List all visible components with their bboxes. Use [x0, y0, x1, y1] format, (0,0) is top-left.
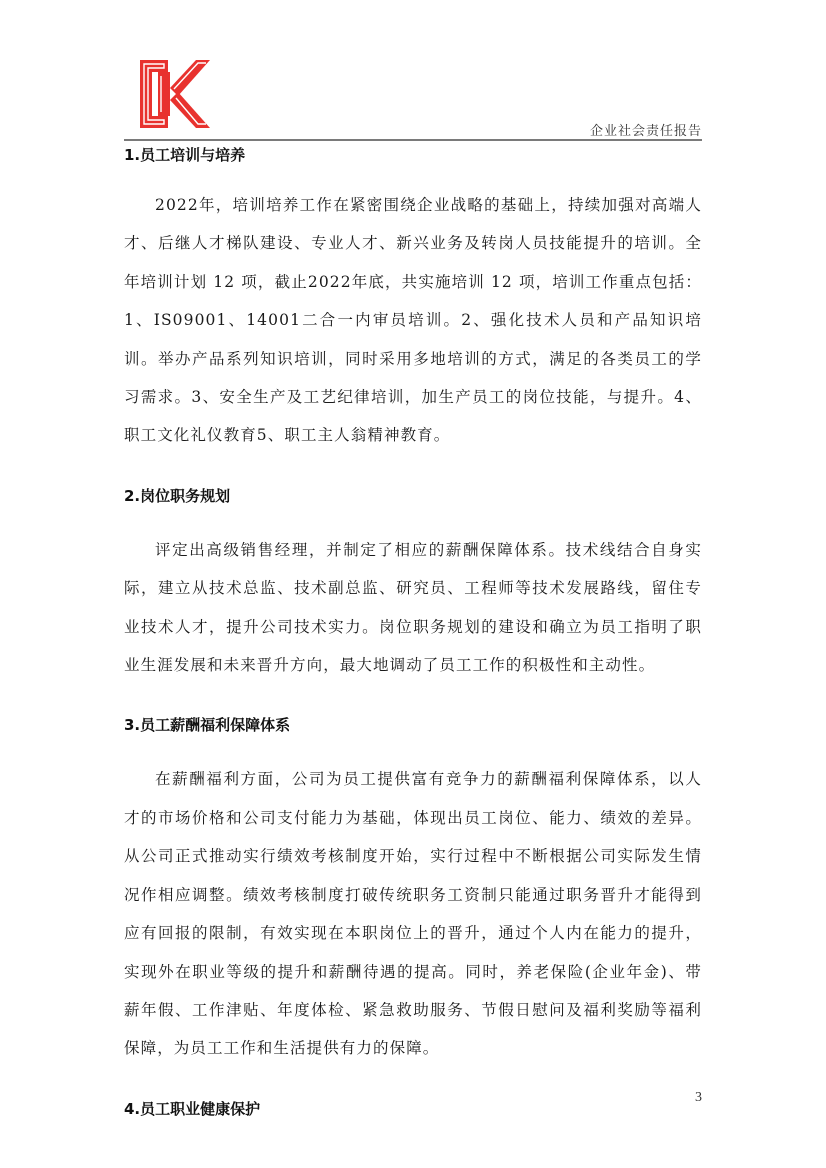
- company-logo: [138, 58, 212, 130]
- document-body: 1.员工培训与培养 2022年，培训培养工作在紧密围绕企业战略的基础上，持续加强…: [124, 142, 702, 1122]
- section-heading-job-planning: 2.岗位职务规划: [124, 483, 702, 509]
- section-paragraph-training: 2022年，培训培养工作在紧密围绕企业战略的基础上，持续加强对高端人才、后继人才…: [124, 186, 702, 455]
- ck-logo-icon: [138, 58, 212, 130]
- section-heading-training: 1.员工培训与培养: [124, 142, 702, 168]
- section-heading-compensation: 3.员工薪酬福利保障体系: [124, 712, 702, 738]
- document-page: 企业社会责任报告 1.员工培训与培养 2022年，培训培养工作在紧密围绕企业战略…: [0, 0, 826, 1168]
- section-heading-health: 4.员工职业健康保护: [124, 1096, 702, 1122]
- section-paragraph-job-planning: 评定出高级销售经理，并制定了相应的薪酬保障体系。技术线结合自身实际，建立从技术总…: [124, 531, 702, 685]
- header-divider: [124, 139, 702, 141]
- report-title: 企业社会责任报告: [590, 120, 702, 139]
- page-number: 3: [695, 1090, 702, 1106]
- section-paragraph-compensation: 在薪酬福利方面，公司为员工提供富有竞争力的薪酬福利保障体系，以人才的市场价格和公…: [124, 760, 702, 1067]
